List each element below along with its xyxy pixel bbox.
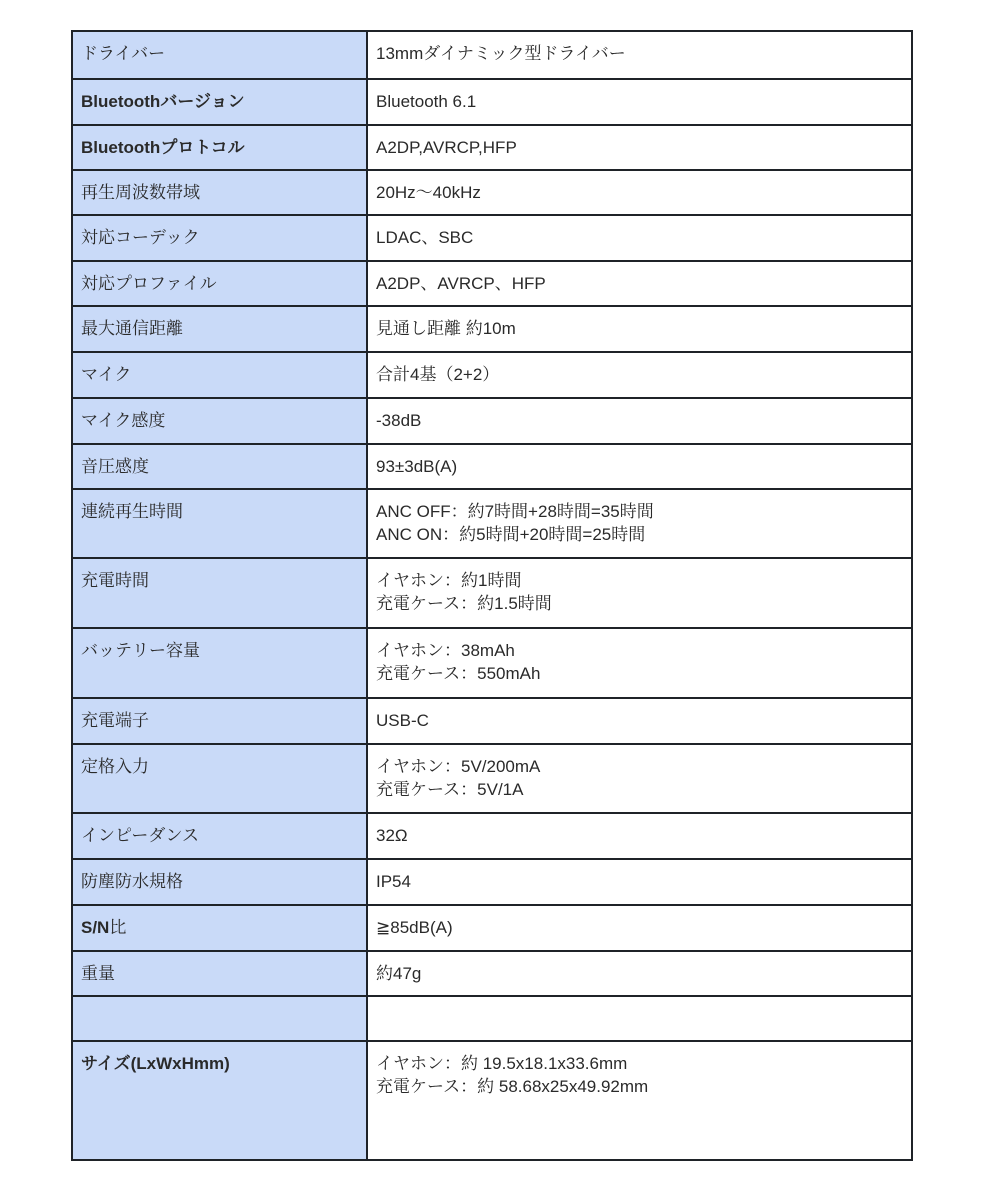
spec-label: Bluetoothバージョン [72, 79, 367, 125]
spec-value-line: ANC ON：約5時間+20時間=25時間 [376, 523, 903, 546]
spec-value-line: イヤホン：38mAh [376, 639, 903, 662]
spec-row: マイク合計4基（2+2） [72, 352, 912, 398]
spec-value: 見通し距離 約10m [367, 306, 912, 352]
spec-label: 充電端子 [72, 698, 367, 744]
spec-value-line: USB-C [376, 709, 903, 732]
spec-value: 約47g [367, 951, 912, 996]
spec-value: イヤホン：約 19.5x18.1x33.6mm充電ケース：約 58.68x25x… [367, 1041, 912, 1160]
spec-value-line: Bluetooth 6.1 [376, 90, 903, 113]
spec-value-line: 32Ω [376, 824, 903, 847]
spec-label: 連続再生時間 [72, 489, 367, 558]
spec-value-line: 合計4基（2+2） [376, 363, 903, 386]
spec-label [72, 996, 367, 1041]
spec-label: 対応コーデック [72, 215, 367, 261]
spec-row: 対応コーデックLDAC、SBC [72, 215, 912, 261]
spec-value-line: A2DP、AVRCP、HFP [376, 272, 903, 295]
spec-row: 対応プロファイルA2DP、AVRCP、HFP [72, 261, 912, 306]
spec-row: S/N比≧85dB(A) [72, 905, 912, 951]
spec-row: 充電端子USB-C [72, 698, 912, 744]
spec-label-rest: 比 [109, 918, 126, 937]
spec-row: 再生周波数帯域20Hz～40kHz [72, 170, 912, 215]
spec-value-line: 充電ケース：5V/1A [376, 778, 903, 801]
spec-value-line: イヤホン：5V/200mA [376, 755, 903, 778]
spec-label: マイク [72, 352, 367, 398]
spec-value: 32Ω [367, 813, 912, 859]
spec-row: 重量約47g [72, 951, 912, 996]
spec-value-line: 充電ケース：約1.5時間 [376, 592, 903, 615]
spec-value: ≧85dB(A) [367, 905, 912, 951]
spec-value-line: イヤホン：約1時間 [376, 569, 903, 592]
spec-value [367, 996, 912, 1041]
spec-label: 充電時間 [72, 558, 367, 628]
spec-value: 13mmダイナミック型ドライバー [367, 31, 912, 79]
spec-value-line: 13mmダイナミック型ドライバー [376, 42, 903, 65]
spec-value: イヤホン：5V/200mA充電ケース：5V/1A [367, 744, 912, 813]
spec-value: ANC OFF：約7時間+28時間=35時間ANC ON：約5時間+20時間=2… [367, 489, 912, 558]
spec-label-bold-part: S/N [81, 918, 109, 937]
spec-value: USB-C [367, 698, 912, 744]
spec-value-line: A2DP,AVRCP,HFP [376, 136, 903, 159]
spec-row: BluetoothバージョンBluetooth 6.1 [72, 79, 912, 125]
spec-label: 定格入力 [72, 744, 367, 813]
spec-label: 重量 [72, 951, 367, 996]
spec-value: 93±3dB(A) [367, 444, 912, 489]
spec-row: 充電時間イヤホン：約1時間充電ケース：約1.5時間 [72, 558, 912, 628]
spec-value: Bluetooth 6.1 [367, 79, 912, 125]
spec-label: バッテリー容量 [72, 628, 367, 698]
spec-value: イヤホン：約1時間充電ケース：約1.5時間 [367, 558, 912, 628]
spec-row: 定格入力イヤホン：5V/200mA充電ケース：5V/1A [72, 744, 912, 813]
spec-value: LDAC、SBC [367, 215, 912, 261]
spec-value: イヤホン：38mAh充電ケース：550mAh [367, 628, 912, 698]
spec-row: 連続再生時間ANC OFF：約7時間+28時間=35時間ANC ON：約5時間+… [72, 489, 912, 558]
spec-value-line: 充電ケース：550mAh [376, 662, 903, 685]
spec-row: 音圧感度93±3dB(A) [72, 444, 912, 489]
spec-label: 防塵防水規格 [72, 859, 367, 905]
spec-value: IP54 [367, 859, 912, 905]
spec-row: バッテリー容量イヤホン：38mAh充電ケース：550mAh [72, 628, 912, 698]
spec-label: 対応プロファイル [72, 261, 367, 306]
spec-value: A2DP,AVRCP,HFP [367, 125, 912, 170]
spec-value-line: LDAC、SBC [376, 226, 903, 249]
spec-value-line: 充電ケース：約 58.68x25x49.92mm [376, 1075, 903, 1098]
spec-row: BluetoothプロトコルA2DP,AVRCP,HFP [72, 125, 912, 170]
spec-value-line: IP54 [376, 870, 903, 893]
spec-label: 再生周波数帯域 [72, 170, 367, 215]
spec-value-line: イヤホン：約 19.5x18.1x33.6mm [376, 1052, 903, 1075]
spec-value: -38dB [367, 398, 912, 444]
spec-label: Bluetoothプロトコル [72, 125, 367, 170]
spec-value: 20Hz～40kHz [367, 170, 912, 215]
spec-label: S/N比 [72, 905, 367, 951]
spec-value-line: -38dB [376, 409, 903, 432]
spec-value-line: 93±3dB(A) [376, 455, 903, 478]
spec-value: 合計4基（2+2） [367, 352, 912, 398]
spec-table: ドライバー13mmダイナミック型ドライバーBluetoothバージョンBluet… [71, 30, 913, 1161]
spec-row [72, 996, 912, 1041]
spec-table-body: ドライバー13mmダイナミック型ドライバーBluetoothバージョンBluet… [72, 31, 912, 1160]
spec-value: A2DP、AVRCP、HFP [367, 261, 912, 306]
spec-value-line: 約47g [376, 962, 903, 985]
spec-label: ドライバー [72, 31, 367, 79]
spec-label: 音圧感度 [72, 444, 367, 489]
spec-row: サイズ(LxWxHmm)イヤホン：約 19.5x18.1x33.6mm充電ケース… [72, 1041, 912, 1160]
spec-row: 防塵防水規格IP54 [72, 859, 912, 905]
spec-row: 最大通信距離見通し距離 約10m [72, 306, 912, 352]
spec-label: マイク感度 [72, 398, 367, 444]
spec-label: インピーダンス [72, 813, 367, 859]
spec-row: マイク感度-38dB [72, 398, 912, 444]
spec-label: サイズ(LxWxHmm) [72, 1041, 367, 1160]
spec-value-line: 見通し距離 約10m [376, 317, 903, 340]
spec-row: インピーダンス32Ω [72, 813, 912, 859]
spec-value-line: 20Hz～40kHz [376, 181, 903, 204]
spec-label: 最大通信距離 [72, 306, 367, 352]
spec-value-line: ANC OFF：約7時間+28時間=35時間 [376, 500, 903, 523]
spec-value-line: ≧85dB(A) [376, 916, 903, 939]
spec-row: ドライバー13mmダイナミック型ドライバー [72, 31, 912, 79]
